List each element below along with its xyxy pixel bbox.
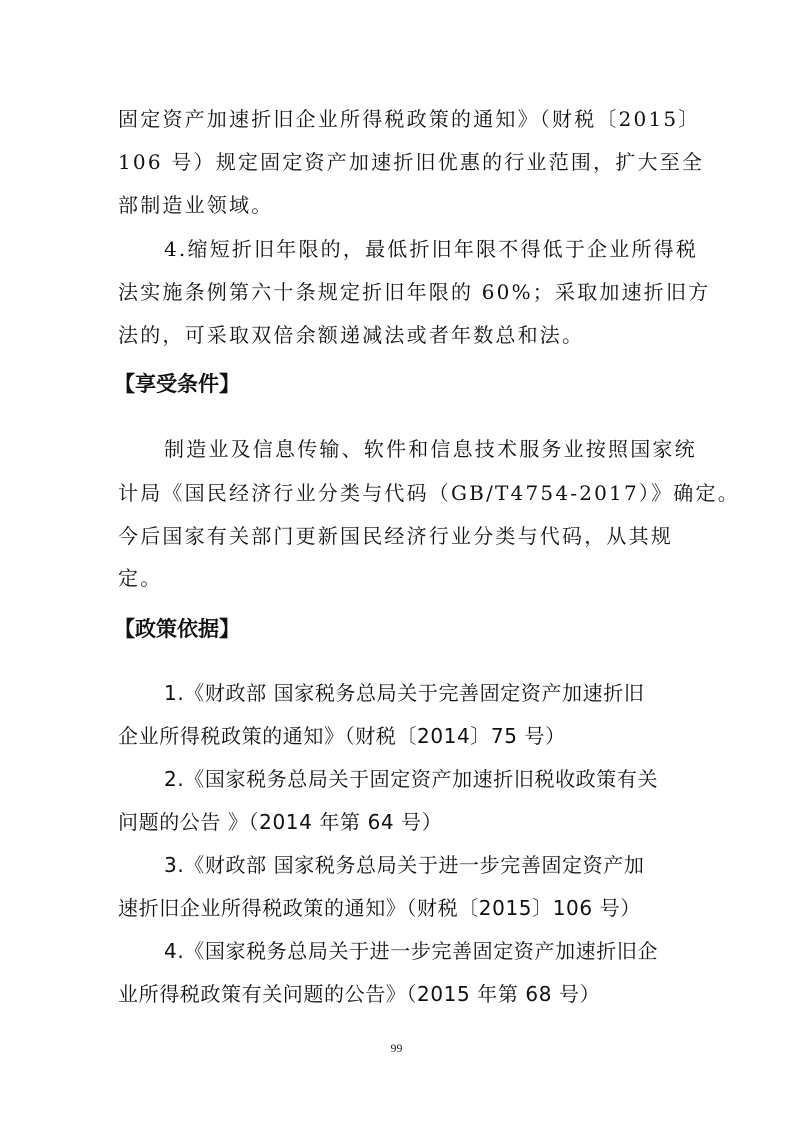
text-line: 企业所得税政策的通知》（财税〔2014〕75 号） xyxy=(118,723,566,749)
text-line: 3.《财政部 国家税务总局关于进一步完善固定资产加 xyxy=(164,852,644,878)
text-line: 今后国家有关部门更新国民经济行业分类与代码，从其规 xyxy=(118,523,673,549)
section-heading-conditions: 【享受条件】 xyxy=(114,371,240,397)
text-line: 法实施条例第六十条规定折旧年限的 60%；采取加速折旧方 xyxy=(118,279,710,305)
text-line: 4.《国家税务总局关于进一步完善固定资产加速折旧企 xyxy=(164,938,658,964)
text-line: 计局《国民经济行业分类与代码（GB/T4754-2017）》确定。 xyxy=(118,480,740,506)
text-line: 部制造业领域。 xyxy=(118,192,273,218)
text-line: 1.《财政部 国家税务总局关于完善固定资产加速折旧 xyxy=(164,680,644,706)
text-line: 4.缩短折旧年限的，最低折旧年限不得低于企业所得税 xyxy=(164,236,698,262)
text-line: 定。 xyxy=(118,565,162,591)
text-line: 法的，可采取双倍余额递减法或者年数总和法。 xyxy=(118,322,584,348)
text-line: 制造业及信息传输、软件和信息技术服务业按照国家统 xyxy=(164,436,697,462)
text-line: 速折旧企业所得税政策的通知》（财税〔2015〕106 号） xyxy=(118,895,641,921)
text-line: 2.《国家税务总局关于固定资产加速折旧税收政策有关 xyxy=(164,766,658,792)
section-heading-basis: 【政策依据】 xyxy=(114,616,240,642)
text-line: 业所得税政策有关问题的公告》（2015 年第 68 号） xyxy=(118,981,600,1007)
text-line: 106 号）规定固定资产加速折旧优惠的行业范围，扩大至全 xyxy=(118,149,704,175)
text-line: 固定资产加速折旧企业所得税政策的通知》（财税〔2015〕 xyxy=(118,106,701,132)
text-line: 问题的公告 》（2014 年第 64 号） xyxy=(118,809,442,835)
page-number: 99 xyxy=(0,1041,793,1056)
